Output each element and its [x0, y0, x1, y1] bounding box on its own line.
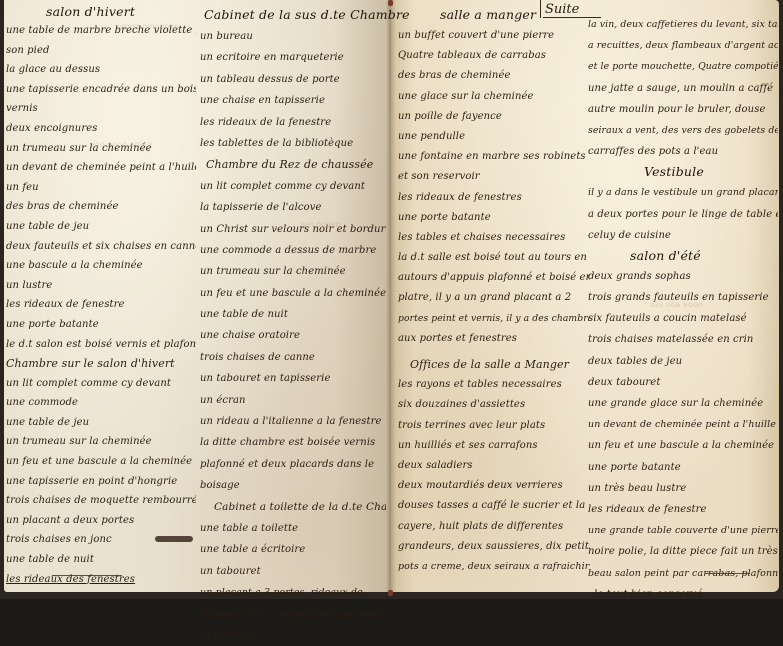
inventory-line: une commode a dessus de marbre — [200, 240, 386, 261]
inventory-line: un devant de cheminée peint a l'huile — [6, 158, 196, 178]
subsection-heading: Chambre sur le salon d'hivert — [6, 354, 196, 374]
inventory-line: un rideau a l'italienne a la fenestre — [200, 411, 386, 432]
inventory-line: une table de jeu — [6, 217, 196, 237]
inventory-line: pots a creme, deux seiraux a rafraichir — [398, 557, 590, 577]
inventory-line: un lit complet comme cy devant — [6, 374, 196, 394]
inventory-line: la tapisserie de l'alcove — [200, 197, 386, 218]
inventory-line: un trumeau sur la cheminée — [6, 432, 196, 452]
inventory-line: les rideaux de fenestre — [588, 499, 778, 520]
inventory-line: une table de marbre breche violette sur — [6, 21, 196, 41]
inventory-line: le tout bien conservé — [588, 584, 778, 599]
inventory-line: noire polie, la ditte piece fait un très — [588, 541, 778, 562]
inventory-line: douses tasses a caffé le sucrier et la — [398, 496, 590, 516]
inventory-line: cayere, huit plats de differentes — [398, 517, 590, 537]
inventory-line: une table de jeu — [6, 413, 196, 433]
inventory-line: plafonné et deux placards dans le — [200, 454, 386, 475]
inventory-line: son pied — [6, 41, 196, 61]
inventory-line: une table de nuit — [6, 550, 196, 570]
section-heading: salon d'hivert — [6, 2, 196, 21]
inventory-line: une porte batante — [6, 315, 196, 335]
inventory-line: seiraux a vent, des vers des gobelets de… — [588, 120, 778, 141]
section-heading: Cabinet de la sus d.te Chambre — [200, 4, 386, 26]
inventory-line: portes peint et vernis, il y a des chamb… — [398, 309, 590, 329]
inventory-line: autours d'appuis plafonné et boisé en — [398, 268, 590, 288]
inventory-line: Quatre tableaux de carrabas — [398, 46, 590, 66]
inventory-line: et son reservoir — [398, 167, 590, 187]
inventory-line: une bascule a la cheminée — [6, 256, 196, 276]
inventory-line: un bureau — [200, 26, 386, 47]
inventory-line: boisage — [200, 475, 386, 496]
inventory-line: un feu — [6, 178, 196, 198]
inventory-line: trois grands fauteuils en tapisserie — [588, 287, 778, 308]
inventory-line: la glace au dessus — [6, 60, 196, 80]
inventory-line: les tablettes de la bibliotèque — [200, 133, 386, 154]
inventory-line: une table a écritoire — [200, 539, 386, 560]
inventory-line: un poille de fayence — [398, 107, 590, 127]
inventory-line: une fontaine en marbre ses robinets — [398, 147, 590, 167]
inventory-line: trois terrines avec leur plats — [398, 416, 590, 436]
inventory-line: deux tables de jeu — [588, 351, 778, 372]
section-heading-vestibule: Vestibule — [588, 162, 778, 182]
subsection-heading: Offices de la salle a Manger — [398, 355, 590, 375]
inventory-line: un trumeau sur la cheminée — [6, 139, 196, 159]
inventory-line: des bras de cheminée — [6, 197, 196, 217]
inventory-line: une jatte a sauge, un moulin a caffé — [588, 78, 778, 99]
inventory-line: aux portes et fenestres — [398, 329, 590, 349]
section-heading: salle a manger — [398, 4, 590, 26]
book-gutter — [386, 0, 396, 592]
inventory-line: une grande table couverte d'une pierre — [588, 520, 778, 541]
inventory-line: platre, il y a un grand placant a 2 — [398, 288, 590, 308]
inventory-line: un tabouret — [200, 561, 386, 582]
inventory-line: des bras de cheminée — [398, 66, 590, 86]
column-vestibule-salon-ete: la vin, deux caffetieres du levant, six … — [588, 0, 778, 599]
inventory-line: les rayons et tables necessaires — [398, 375, 590, 395]
inventory-line: une commode — [6, 393, 196, 413]
inventory-line: un devant de cheminée peint a l'huille — [588, 414, 778, 435]
inventory-line: autre moulin pour le bruler, douse — [588, 99, 778, 120]
inventory-line: une table a toilette — [200, 518, 386, 539]
inventory-line: a recuittes, deux flambeaux d'argent ach… — [588, 35, 778, 56]
inventory-line: six fauteuils a coucin matelasé — [588, 308, 778, 329]
inventory-line: une chaise en tapisserie — [200, 90, 386, 111]
inventory-line: les rideaux de la fenestre — [200, 112, 386, 133]
inventory-line: la d.t salle est boisé tout au tours en — [398, 248, 590, 268]
inventory-line: un ecritoire en marqueterie — [200, 47, 386, 68]
inventory-line: un tableau dessus de porte — [200, 69, 386, 90]
ink-smudge — [155, 536, 193, 542]
inventory-line: vernis — [6, 99, 196, 119]
inventory-line: un feu et une bascule a la cheminée — [6, 452, 196, 472]
inventory-line: une glace sur la cheminée — [398, 87, 590, 107]
inventory-line: deux moutardiés deux verrieres — [398, 476, 590, 496]
section-heading-salon-ete: salon d'été — [588, 246, 778, 266]
inventory-line: un écran — [200, 390, 386, 411]
inventory-line: une grande glace sur la cheminée — [588, 393, 778, 414]
inventory-line: un tabouret en tapisserie — [200, 368, 386, 389]
inventory-line: deux saladiers — [398, 456, 590, 476]
inventory-line: il y a dans le vestibule un grand placar… — [588, 182, 778, 203]
inventory-line: six douzaines d'assiettes — [398, 395, 590, 415]
inventory-line: un feu et une bascule a la cheminée — [588, 435, 778, 456]
inventory-line: un Christ sur velours noir et bordure — [200, 219, 386, 240]
subsection-heading: Cabinet a toilette de la d.te Chambre — [200, 497, 386, 518]
inventory-line: deux tabouret — [588, 372, 778, 393]
inventory-line: celuy de cuisine — [588, 225, 778, 246]
inventory-line: les rideaux des fenestres — [6, 570, 196, 590]
inventory-line: les rideaux de fenestres — [398, 188, 590, 208]
inventory-line: deux encoignures — [6, 119, 196, 139]
inventory-line: un lustre — [6, 276, 196, 296]
end-rule — [52, 575, 122, 576]
inventory-line: un feu et une bascule a la cheminée — [200, 283, 386, 304]
column-salon-hiver: salon d'hivert une table de marbre brech… — [6, 0, 196, 589]
inventory-line: un très beau lustre — [588, 478, 778, 499]
inventory-line: une pendulle — [398, 127, 590, 147]
inventory-line: un huilliés et ses carrafons — [398, 436, 590, 456]
inventory-line: trois chaises matelassée en crin — [588, 329, 778, 350]
inventory-line: carraffes des pots a l'eau — [588, 141, 778, 162]
end-rule — [705, 573, 750, 574]
binding-stitch — [388, 590, 393, 596]
inventory-line: la ditte chambre est boisée vernis — [200, 432, 386, 453]
subsection-heading: Chambre du Rez de chaussée — [200, 154, 386, 175]
inventory-line: une tapisserie en point d'hongrie — [6, 472, 196, 492]
inventory-line: un placant a deux portes — [6, 511, 196, 531]
inventory-line: trois chaises de canne — [200, 347, 386, 368]
inventory-line: deux fauteuils et six chaises en canne — [6, 237, 196, 257]
inventory-line: une porte batante — [398, 208, 590, 228]
inventory-line: a deux portes pour le linge de table et — [588, 204, 778, 225]
inventory-line: un trumeau sur la cheminée — [200, 261, 386, 282]
inventory-line: un placant a 3 portes, rideaux de — [200, 582, 386, 599]
inventory-line: les rideaux de fenestre — [6, 295, 196, 315]
inventory-line: une table de nuit — [200, 304, 386, 325]
inventory-line: un buffet couvert d'une pierre — [398, 26, 590, 46]
inventory-line: deux grands sophas — [588, 266, 778, 287]
inventory-line: une porte batante — [588, 457, 778, 478]
manuscript-spread: ooooon o aooo sssoa nooo ooa oaooo nss o… — [0, 0, 783, 599]
inventory-line: le d.t salon est boisé vernis et plafonn… — [6, 335, 196, 355]
inventory-line: la vin, deux caffetieres du levant, six … — [588, 14, 778, 35]
inventory-line: une chaise oratoire — [200, 325, 386, 346]
inventory-line: un lit complet comme cy devant — [200, 176, 386, 197]
column-salle-a-manger: salle a manger un buffet couvert d'une p… — [398, 0, 590, 577]
inventory-line: grandeurs, deux saussieres, dix petits — [398, 537, 590, 557]
inventory-line: une tapisserie encadrée dans un boisage — [6, 80, 196, 100]
column-cabinet: Cabinet de la sus d.te Chambre un bureau… — [200, 0, 386, 599]
inventory-line: et le porte mouchette, Quatre compotiés — [588, 56, 778, 77]
inventory-line: trois chaises de moquette rembourré — [6, 491, 196, 511]
inventory-line: les tables et chaises necessaires — [398, 228, 590, 248]
